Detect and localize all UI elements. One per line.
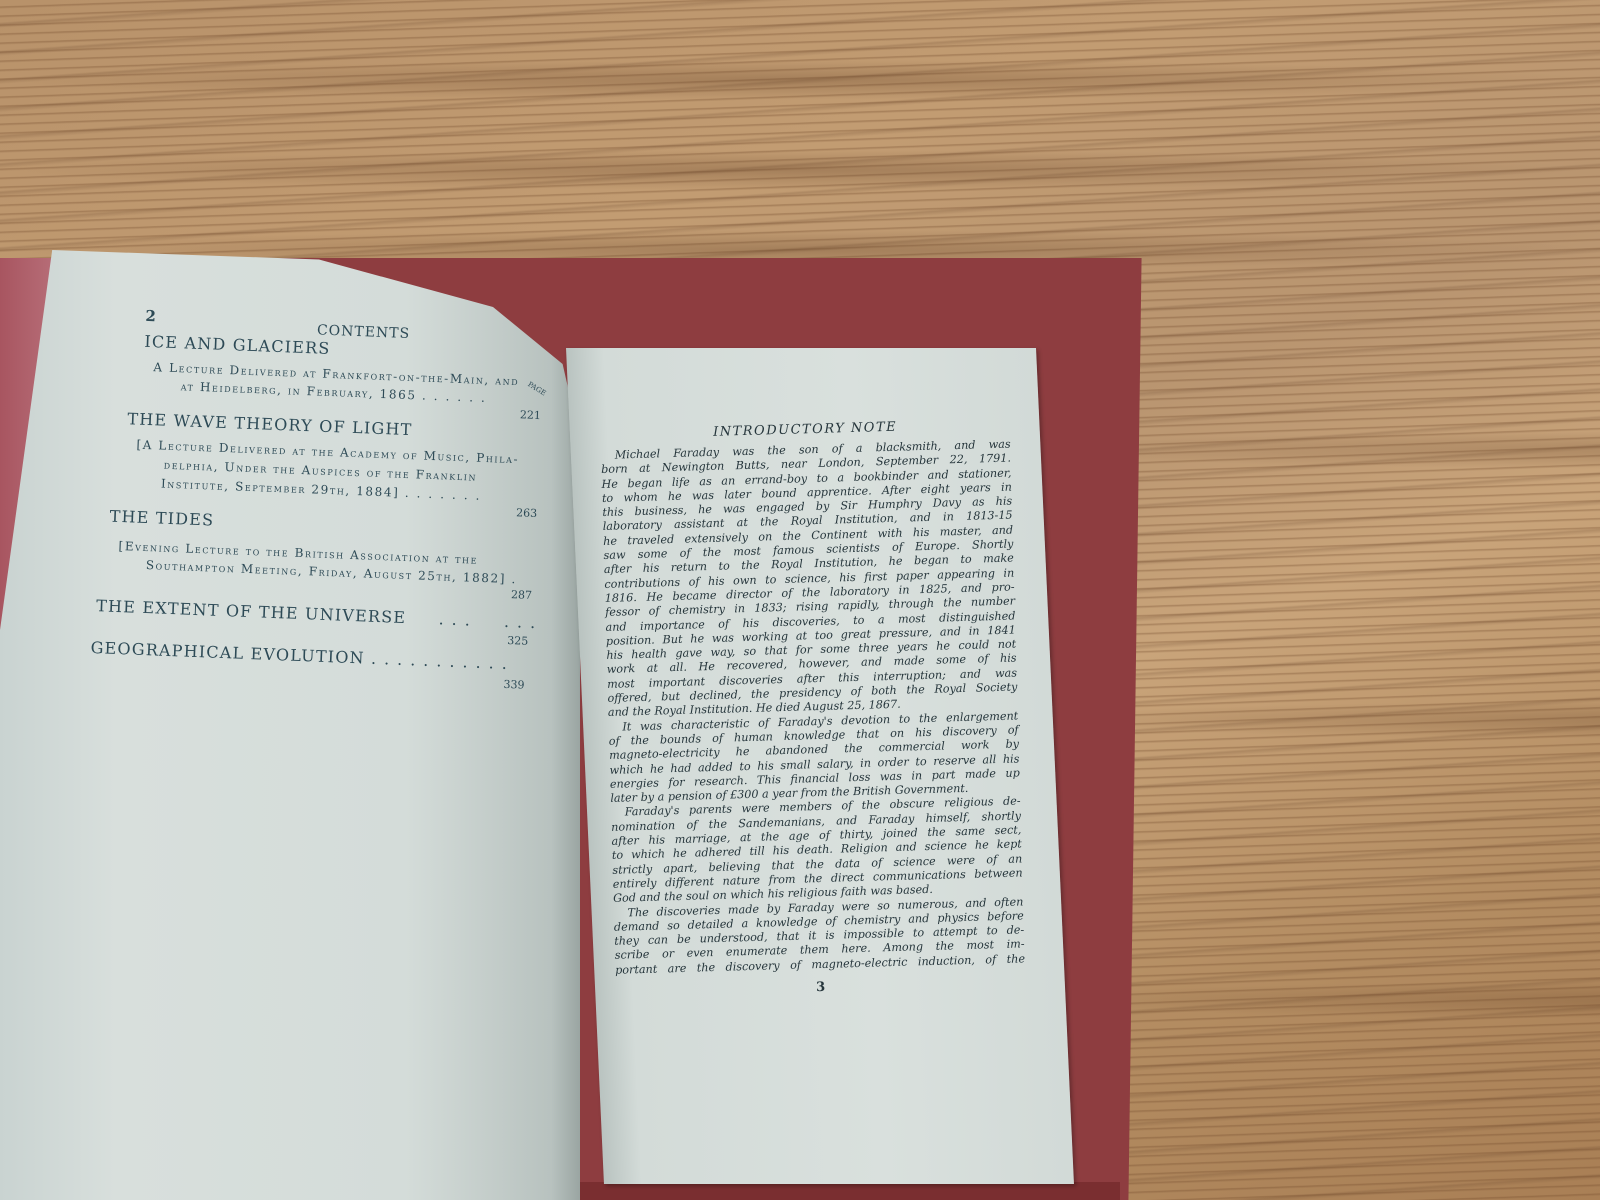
wood-grain: [0, 60, 1600, 100]
page-number: 2: [145, 307, 156, 325]
toc-entry-page: 325: [507, 634, 528, 648]
toc-entry-page: 221: [520, 408, 541, 422]
wood-grain: [0, 150, 1600, 190]
book-cover-bottom: [540, 1182, 1120, 1200]
toc-entry-page: 339: [503, 678, 524, 692]
toc-entry-page: 263: [516, 506, 537, 520]
introductory-note-page: INTRODUCTORY NOTE Michael Faraday was th…: [600, 417, 1026, 1001]
body-text: Michael Faraday was the son of a blacksm…: [601, 438, 1026, 978]
toc-entry-title: THE TIDES: [109, 507, 214, 530]
toc-entry-page: 287: [511, 588, 532, 602]
